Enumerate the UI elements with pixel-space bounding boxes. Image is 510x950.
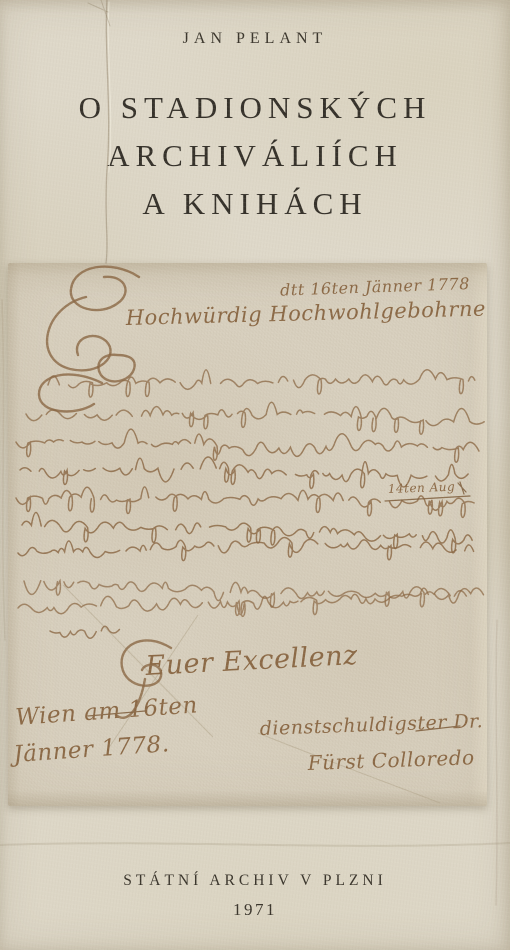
manuscript-signature-line2: Fürst Colloredo [306,745,475,775]
author-name: JAN PELANT [0,30,510,48]
manuscript-salutation: Hochwürdig Hochwohlgebohrner! [125,296,487,330]
crease-line [2,300,5,640]
title-line-3: A KNIHÁCH [0,180,510,228]
handwriting-line [26,400,484,435]
handwriting-line [48,368,475,398]
manuscript-artwork: dtt 16ten Jänner 1778 Hochwürdig Hochwoh… [8,263,487,806]
book-cover: JAN PELANT O STADIONSKÝCH ARCHIVÁLIÍCH A… [0,0,510,950]
title-line-2: ARCHIVÁLIÍCH [0,132,510,180]
handwriting-line [16,428,479,462]
handwriting-line [18,587,484,618]
manuscript-signature-line1: dienstschuldigster Dr. [259,710,483,740]
manuscript-place-date-line1: Wien am 16ten [15,692,199,731]
ink-flourish [71,267,139,311]
crease-line [0,843,510,846]
manuscript-place-date-line2: Jänner 1778. [9,731,171,768]
manuscript-insertion-note: 14ten Aug [388,480,456,496]
publisher-name: STÁTNÍ ARCHIV V PLZNI [0,872,510,890]
insertion-mark [458,482,466,494]
title-line-1: O STADIONSKÝCH [0,84,510,132]
tear-mark [88,0,110,26]
scratch-line [108,615,198,749]
manuscript-facsimile: dtt 16ten Jänner 1778 Hochwürdig Hochwoh… [8,263,487,806]
manuscript-closing: Euer Excellenz [144,640,359,682]
book-title: O STADIONSKÝCH ARCHIVÁLIÍCH A KNIHÁCH [0,84,510,228]
handwriting-line [22,511,472,554]
publication-year: 1971 [0,900,510,920]
manuscript-date-top-right: dtt 16ten Jänner 1778 [280,274,470,300]
ink-flourish [98,355,134,382]
crease-line [496,620,497,905]
